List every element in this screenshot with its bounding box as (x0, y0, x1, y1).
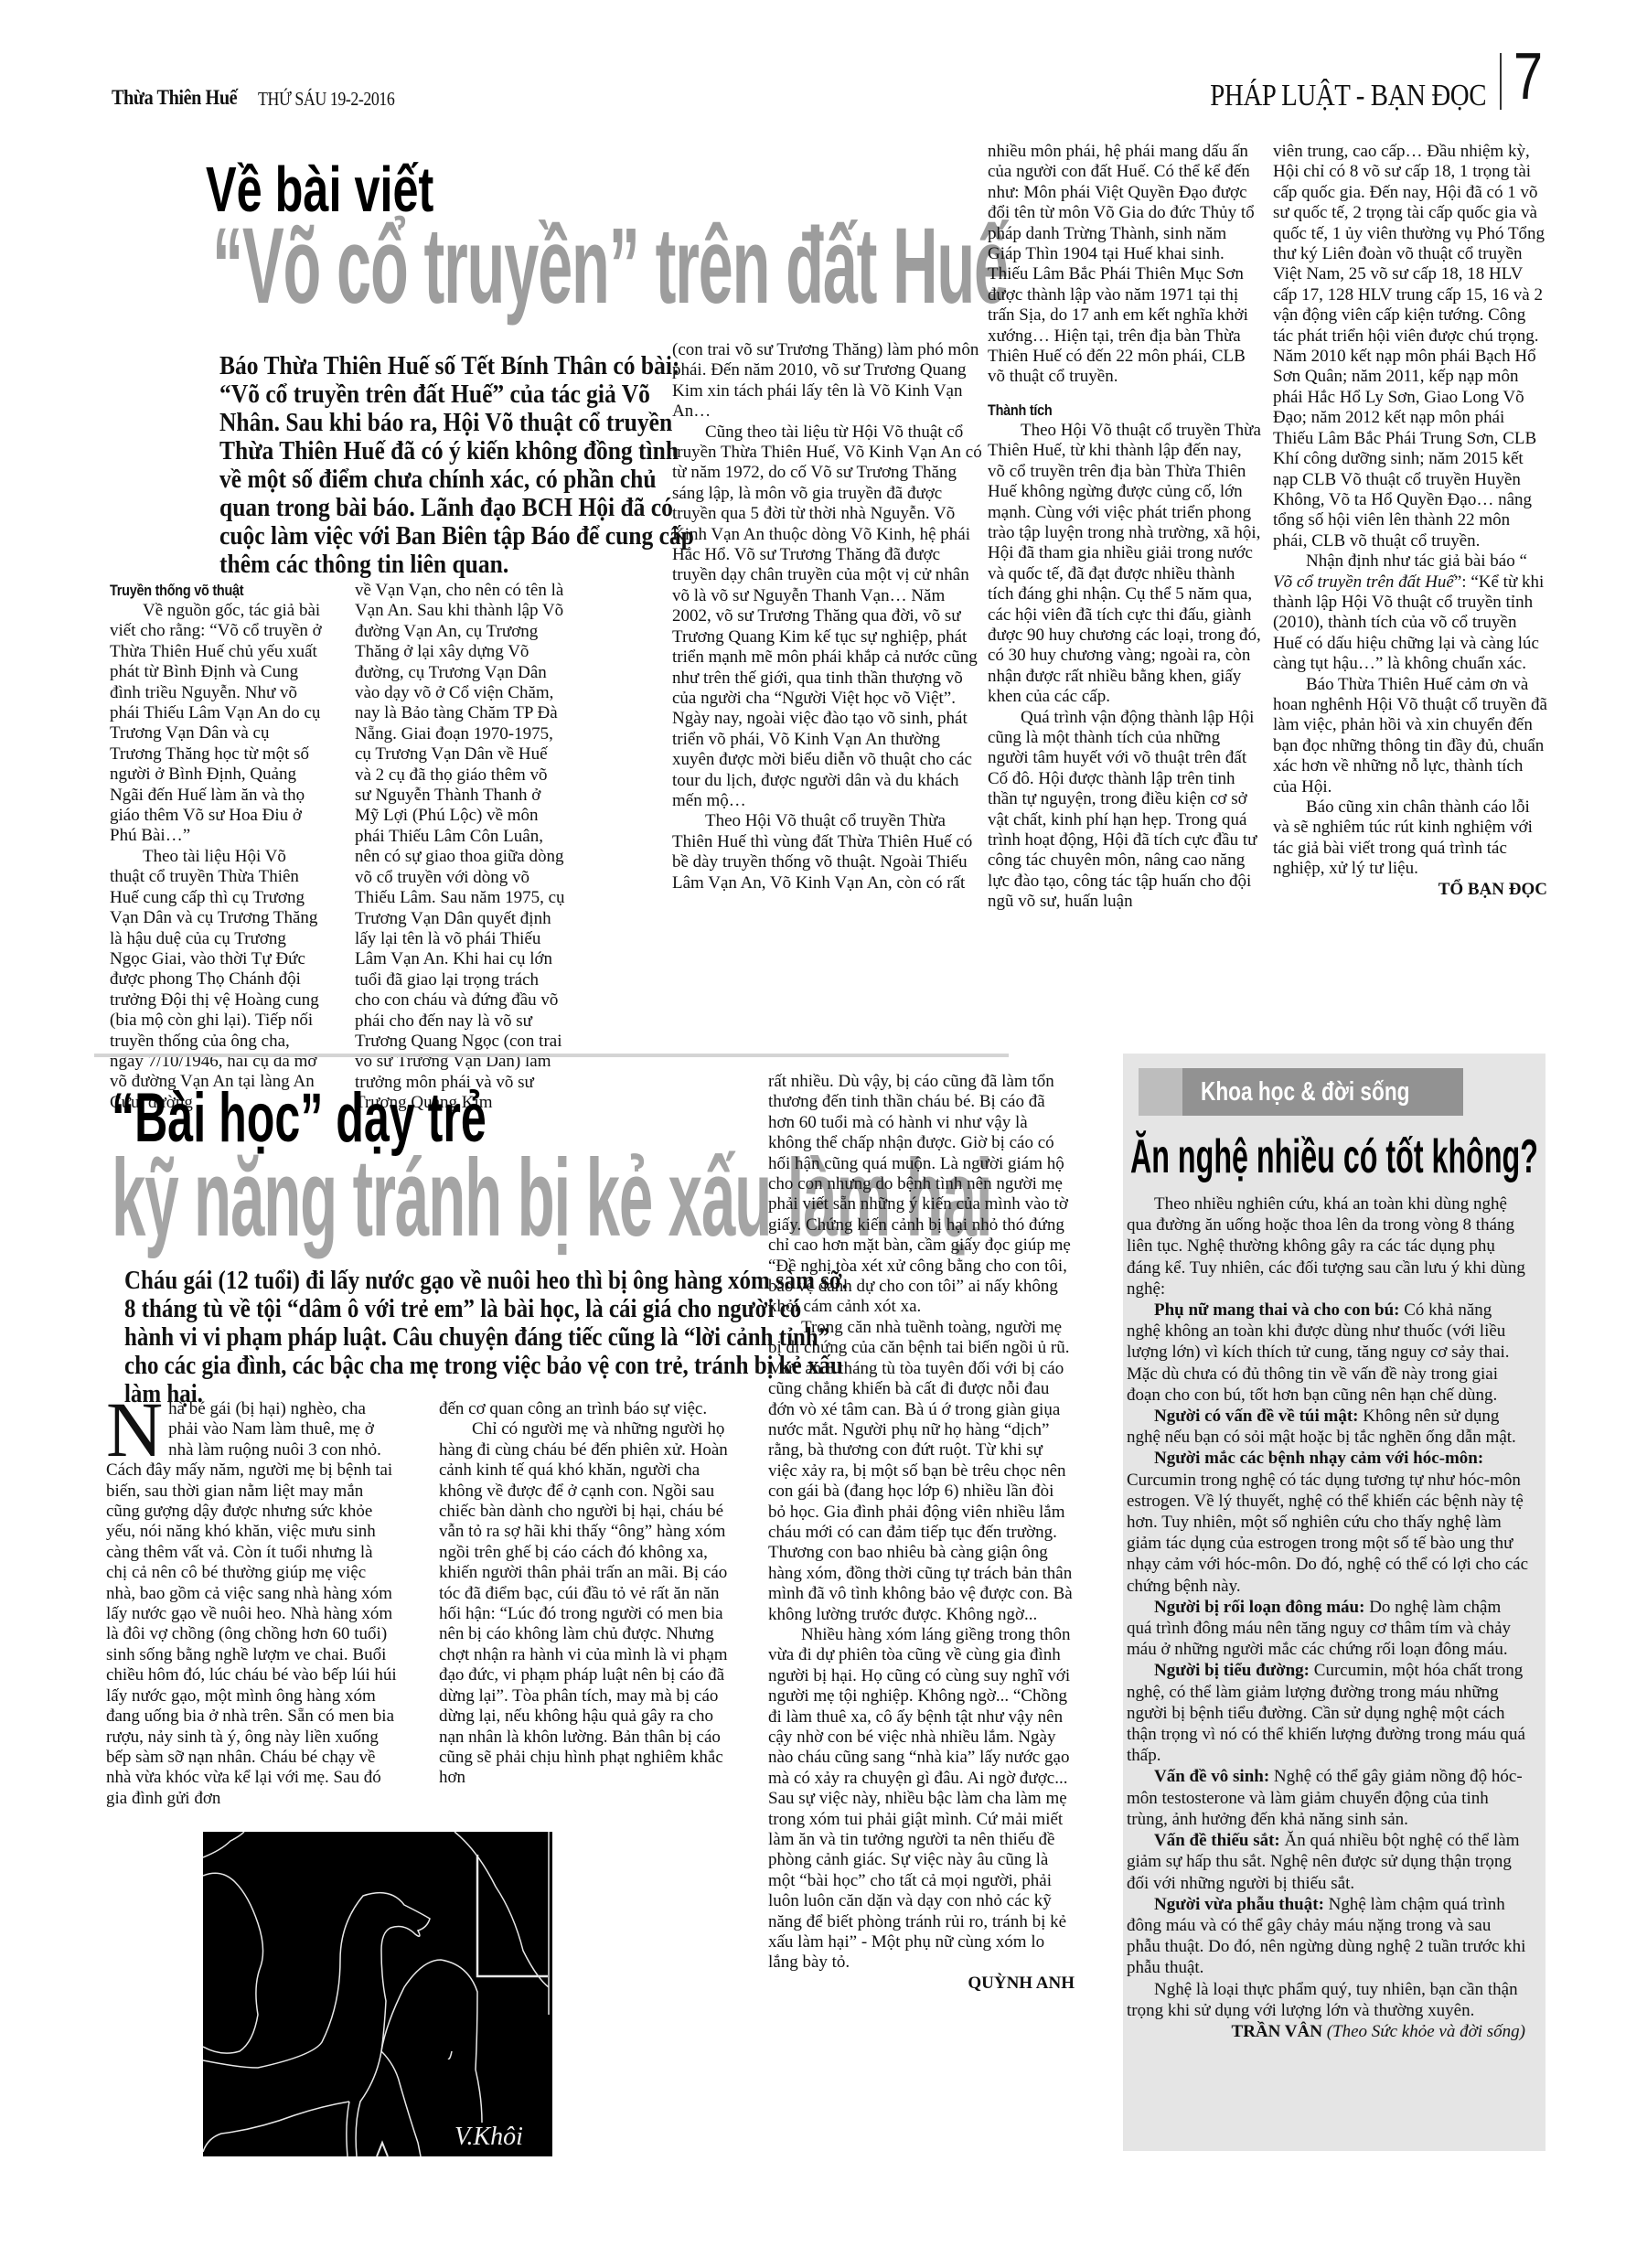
paragraph-quote: Nhận định như tác giả bài báo “ Võ cổ tr… (1273, 551, 1547, 674)
article1-column-1: Truyền thống võ thuật Về nguồn gốc, tác … (110, 581, 322, 1113)
section-name: PHÁP LUẬT - BẠN ĐỌC (1210, 79, 1486, 113)
issue-date: THỨ SÁU 19-2-2016 (258, 88, 394, 111)
paragraph: Cũng theo tài liệu từ Hội Võ thuật cổ tr… (672, 423, 983, 812)
line-art-illustration-icon: V.Khôi (203, 1832, 552, 2156)
sidebar-item: Vấn đề thiếu sắt: Ăn quá nhiều bột nghệ … (1127, 1830, 1529, 1894)
paragraph: Trong căn nhà tuềnh toàng, người mẹ bị d… (768, 1318, 1075, 1625)
article2-column-2: đến cơ quan công an trình báo sự việc. C… (439, 1399, 732, 1789)
paragraph: Theo Hội Võ thuật cổ truyền Thừa Thiên H… (988, 421, 1262, 708)
paragraph: Nhà bé gái (bị hại) nghèo, cha phải vào … (106, 1399, 397, 1809)
sidebar-item: Người có vấn đề về túi mật: Không nên sử… (1127, 1406, 1529, 1448)
article2-lead: Cháu gái (12 tuổi) đi lấy nước gạo về nu… (124, 1267, 856, 1408)
sidebar-byline: TRẦN VÂN (Theo Sức khỏe và đời sống) (1127, 2021, 1529, 2042)
paragraph: Báo cũng xin chân thành cáo lỗi và sẽ ng… (1273, 797, 1547, 880)
article2-column-1: Nhà bé gái (bị hại) nghèo, cha phải vào … (106, 1399, 397, 1809)
article2-column-3: rất nhiều. Dù vậy, bị cáo cũng đã làm tổ… (768, 1072, 1075, 1994)
paragraph: viên trung, cao cấp… Đầu nhiệm kỳ, Hội c… (1273, 142, 1547, 551)
sidebar-item: Người bị rối loạn đông máu: Do nghệ làm … (1127, 1597, 1529, 1661)
section-tab: Khoa học & đời sống (1182, 1068, 1463, 1116)
paragraph: Chỉ có người mẹ và những người họ hàng đ… (439, 1419, 732, 1788)
subheading-truyen-thong: Truyền thống võ thuật (110, 581, 290, 601)
article1-byline: TỔ BẠN ĐỌC (1273, 880, 1547, 900)
paragraph: Về nguồn gốc, tác giả bài viết cho rằng:… (110, 601, 322, 847)
article-divider (94, 1054, 1009, 1057)
svg-text:V.Khôi: V.Khôi (455, 2123, 523, 2151)
section-tab-accent (1139, 1068, 1182, 1116)
article1-column-4: nhiều môn phái, hệ phái mang dấu ấn của … (988, 142, 1262, 913)
header-divider (1500, 53, 1502, 110)
paragraph: (con trai võ sư Trương Thăng) làm phó mô… (672, 340, 983, 423)
sidebar-item: Phụ nữ mang thai và cho con bú: Có khả n… (1127, 1300, 1529, 1406)
article2-byline: QUỲNH ANH (768, 1974, 1075, 1994)
sidebar-source: (Theo Sức khỏe và đời sống) (1327, 2022, 1525, 2041)
sidebar-item: Vấn đề vô sinh: Nghệ có thể gây giảm nồn… (1127, 1766, 1529, 1830)
paragraph: Quá trình vận động thành lập Hội cũng là… (988, 708, 1262, 913)
sidebar-item: Người mắc các bệnh nhạy cảm với hóc-môn:… (1127, 1448, 1529, 1596)
article1-column-2: về Vạn Vạn, cho nên có tên là Vạn An. Sa… (355, 581, 567, 1114)
paragraph: rất nhiều. Dù vậy, bị cáo cũng đã làm tổ… (768, 1072, 1075, 1318)
page-number: 7 (1513, 44, 1543, 110)
paragraph: đến cơ quan công an trình báo sự việc. (439, 1399, 732, 1419)
article1-column-3: (con trai võ sư Trương Thăng) làm phó mô… (672, 340, 983, 893)
article1-column-5: viên trung, cao cấp… Đầu nhiệm kỳ, Hội c… (1273, 142, 1547, 900)
paragraph: Báo Thừa Thiên Huế cảm ơn và hoan nghênh… (1273, 675, 1547, 797)
sidebar-body: Theo nhiều nghiên cứu, khá an toàn khi d… (1127, 1193, 1529, 2042)
sidebar-title: Ăn nghệ nhiều có tốt không? (1130, 1129, 1538, 1184)
paragraph: nhiều môn phái, hệ phái mang dấu ấn của … (988, 142, 1262, 388)
newspaper-name: Thừa Thiên Huế (112, 86, 237, 110)
subheading-thanh-tich: Thành tích (988, 401, 1221, 421)
paragraph: Theo tài liệu Hội Võ thuật cổ truyền Thừ… (110, 847, 322, 1113)
sidebar-item: Người vừa phẫu thuật: Nghệ làm chậm quá … (1127, 1894, 1529, 1979)
article2-illustration: V.Khôi (203, 1832, 552, 2156)
article1-lead: Báo Thừa Thiên Huế số Tết Bính Thân có b… (219, 352, 694, 579)
paragraph: về Vạn Vạn, cho nên có tên là Vạn An. Sa… (355, 581, 567, 1114)
paragraph: Nghệ là loại thực phẩm quý, tuy nhiên, b… (1127, 1979, 1529, 2021)
paragraph: Theo Hội Võ thuật cổ truyền Thừa Thiên H… (672, 811, 983, 893)
article1-title: “Võ cổ truyền” trên đất Huế (212, 212, 1008, 320)
paragraph: Theo nhiều nghiên cứu, khá an toàn khi d… (1127, 1193, 1529, 1300)
paragraph: Nhiều hàng xóm láng giềng trong thôn vừa… (768, 1625, 1075, 1974)
quoted-title: Võ cổ truyền trên đất Huế (1273, 572, 1454, 592)
sidebar-item: Người bị tiểu đường: Curcumin, một hóa c… (1127, 1660, 1529, 1766)
drop-cap: N (106, 1399, 168, 1458)
